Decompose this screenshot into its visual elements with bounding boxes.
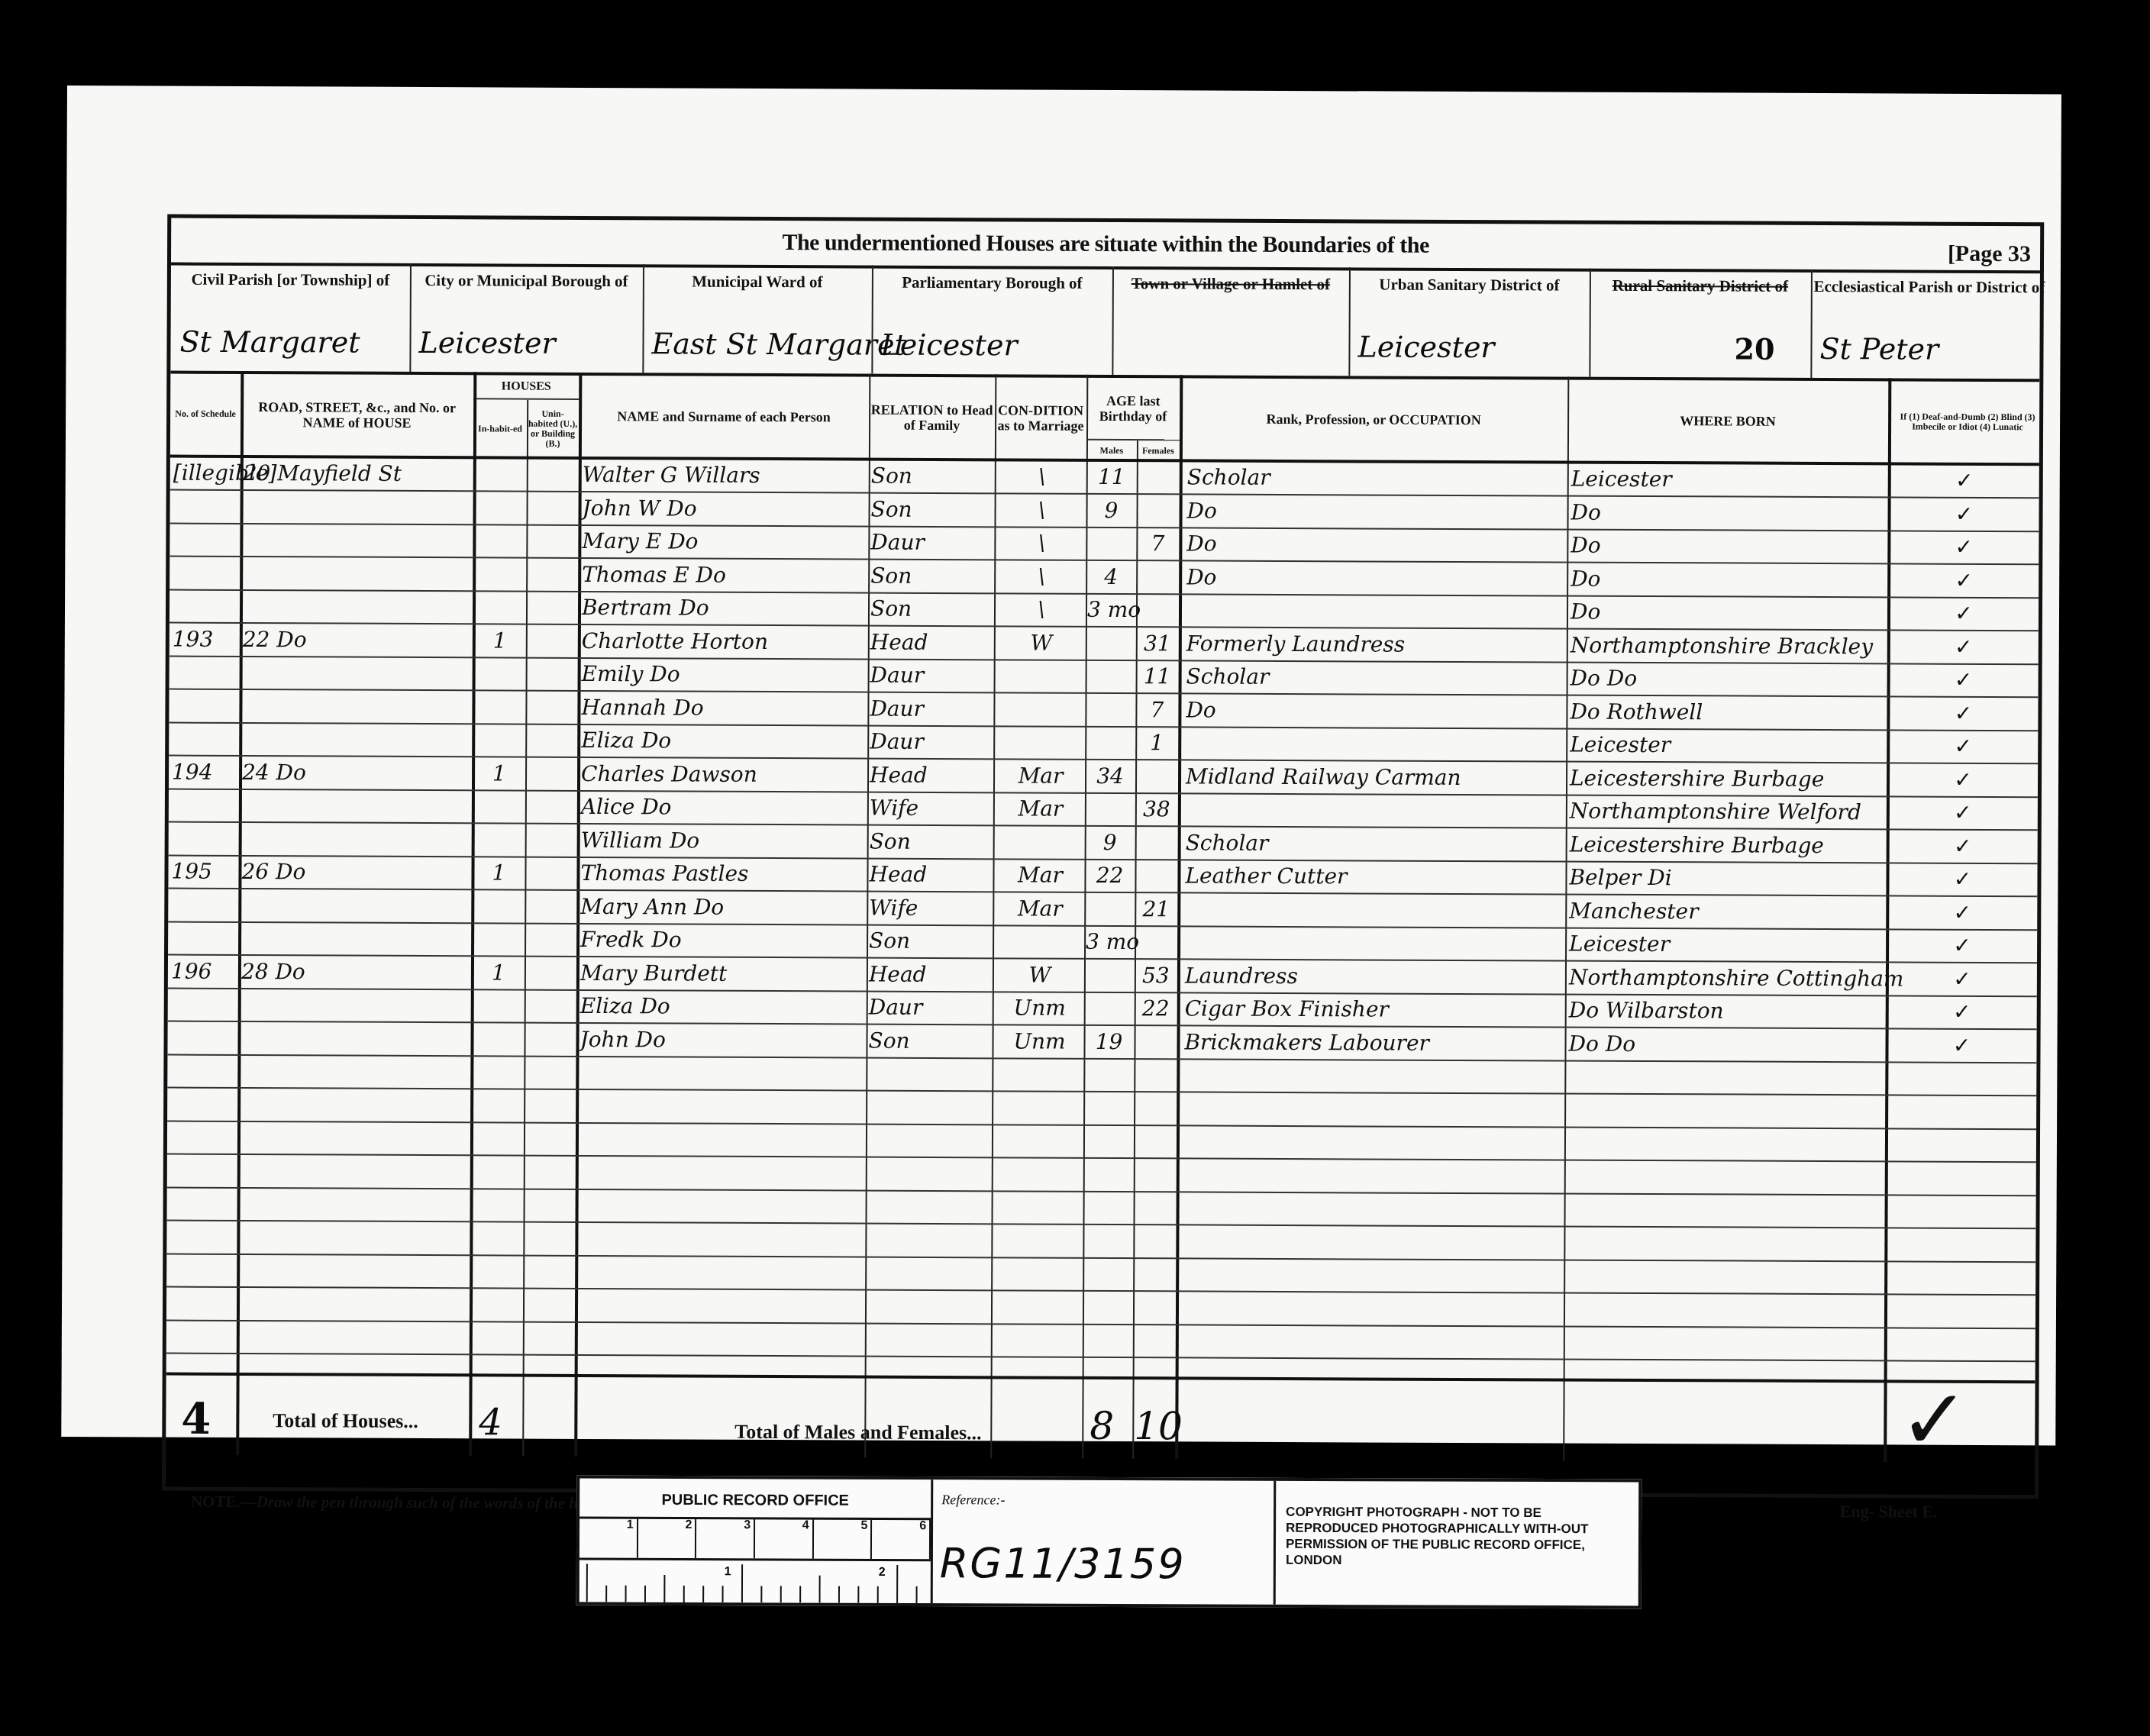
cell-occupation — [1185, 925, 1567, 960]
boundary-value: Leicester — [418, 326, 555, 360]
cell-relation: Wife — [870, 792, 992, 825]
cell-male-age — [1087, 660, 1135, 692]
cell-road — [241, 1021, 470, 1055]
cell-name: John W Do — [582, 491, 864, 525]
cell-infirmity: ✓ — [1886, 862, 2039, 895]
cell-condition: Unm — [995, 1024, 1083, 1058]
cell-relation: Head — [870, 625, 993, 659]
cell-road — [241, 889, 470, 922]
cell-occupation: Do — [1186, 560, 1568, 595]
cell-schedule — [172, 689, 237, 721]
cell-female-age: 7 — [1138, 527, 1177, 560]
cell-infirmity: ✓ — [1887, 696, 2039, 730]
cell-male-age — [1087, 626, 1135, 659]
cell-condition: W — [997, 626, 1086, 660]
cell-condition — [996, 825, 1085, 859]
form-title: The undermentioned Houses are situate wi… — [171, 227, 2040, 262]
sheet-label: Eng- Sheet E. — [1840, 1502, 1938, 1522]
cell-occupation — [1185, 892, 1567, 927]
cell-relation: Son — [869, 924, 991, 958]
cell-condition: Unm — [996, 991, 1084, 1024]
cell-relation: Daur — [869, 991, 991, 1024]
reference-value: RG11/3159 — [940, 1539, 1186, 1588]
cell-inhabited — [475, 557, 525, 590]
cell-road — [242, 822, 471, 856]
svg-text:1: 1 — [725, 1565, 731, 1578]
divider — [1348, 267, 1351, 376]
column-header-females: Females — [1137, 444, 1180, 457]
cell-condition: \ — [997, 592, 1086, 626]
cell-where-born: Do Rothwell — [1570, 695, 1883, 729]
column-headers: No. of ScheduleROAD, STREET, &c., and No… — [171, 218, 2040, 227]
cell-name: Charlotte Horton — [582, 624, 864, 658]
cell-where-born: Belper Di — [1569, 861, 1882, 895]
total-schedules: 4 — [181, 1394, 211, 1444]
cell-schedule — [173, 523, 238, 556]
cell-name: Mary E Do — [582, 524, 864, 559]
cell-female-age: 21 — [1136, 892, 1176, 925]
cell-schedule — [170, 1021, 236, 1054]
cell-female-age: 31 — [1138, 627, 1177, 660]
cell-name: Walter G Willars — [583, 458, 865, 492]
cell-relation: Son — [871, 460, 993, 493]
column-header-age: AGE last Birthday of — [1086, 379, 1180, 439]
boundary-heading: City or Municipal Borough of — [410, 271, 643, 290]
cell-condition: \ — [997, 560, 1086, 593]
cell-road — [243, 523, 472, 557]
column-header-road: ROAD, STREET, &c., and No. or NAME of HO… — [241, 375, 473, 454]
total-houses: 4 — [479, 1401, 502, 1444]
cell-where-born: Leicester — [1571, 463, 1884, 497]
cell-female-age — [1138, 460, 1178, 493]
cell-condition: Mar — [996, 792, 1085, 825]
column-header-uninhabited: Unin-habited (U.), or Building (B.) — [527, 403, 579, 455]
total-houses-label: Total of Houses... — [273, 1409, 418, 1433]
cell-occupation: Do — [1186, 527, 1568, 561]
cell-road — [243, 656, 472, 689]
cell-occupation — [1186, 792, 1567, 827]
column-header-relation: RELATION to Head of Family — [869, 378, 995, 457]
cell-occupation: Do — [1186, 494, 1568, 528]
cell-where-born: Northamptonshire Welford — [1570, 795, 1883, 829]
cell-name: Bertram Do — [582, 591, 864, 625]
cell-relation: Daur — [870, 725, 992, 759]
cell-where-born: Do — [1571, 529, 1884, 563]
cell-male-age: 19 — [1085, 1024, 1132, 1057]
ruler-cm-mark: 5 — [814, 1519, 873, 1559]
cell-occupation: Brickmakers Labourer — [1184, 1025, 1566, 1060]
cell-male-age — [1086, 892, 1133, 924]
cell-road — [242, 722, 471, 756]
cell-inhabited — [476, 457, 526, 490]
cell-occupation: Formerly Laundress — [1186, 627, 1568, 661]
cell-male-age — [1086, 958, 1133, 991]
cell-inhabited: 1 — [475, 624, 525, 657]
boundary-value: Leicester — [1357, 330, 1494, 364]
cell-infirmity: ✓ — [1888, 463, 2041, 497]
cell-where-born: Leicester — [1570, 728, 1883, 763]
cell-road — [244, 490, 473, 524]
pro-ruler-panel: PUBLIC RECORD OFFICE 123456 1 2 — [579, 1479, 934, 1604]
cell-condition: Mar — [996, 759, 1085, 792]
cell-occupation: Midland Railway Carman — [1186, 760, 1567, 794]
cell-infirmity: ✓ — [1887, 563, 2040, 597]
boundary-heading: Parliamentary Borough of — [872, 273, 1112, 292]
cell-occupation: Cigar Box Finisher — [1185, 992, 1567, 1026]
cell-where-born: Leicestershire Burbage — [1570, 761, 1883, 795]
cell-condition: \ — [997, 493, 1086, 527]
cell-where-born: Leicester — [1569, 928, 1882, 962]
cell-female-age — [1135, 1025, 1175, 1058]
svg-text:2: 2 — [879, 1566, 886, 1579]
cell-inhabited — [474, 690, 525, 723]
boundary-heading: Rural Sanitary District of — [1590, 276, 1811, 295]
boundary-value: Leicester — [880, 328, 1017, 363]
cell-schedule — [172, 722, 237, 755]
page-number: [Page 33 — [1948, 241, 2031, 267]
cell-female-age — [1138, 593, 1177, 626]
cell-inhabited — [474, 789, 525, 822]
column-header-houses: HOUSES — [473, 374, 579, 398]
cell-female-age — [1136, 925, 1176, 958]
cell-male-age — [1086, 992, 1133, 1024]
cell-inhabited — [474, 723, 525, 756]
cell-inhabited — [475, 524, 525, 557]
boundary-heading: Civil Parish [or Township] of — [171, 270, 410, 289]
empty-row — [166, 1320, 2035, 1363]
ruler-cm-mark: 4 — [755, 1518, 814, 1558]
cell-inhabited: 1 — [473, 956, 524, 989]
cell-male-age: 3 mo — [1087, 593, 1135, 626]
cell-condition — [996, 692, 1085, 726]
cell-infirmity: ✓ — [1887, 829, 2039, 863]
cell-occupation: Scholar — [1186, 826, 1567, 860]
cell-schedule: 193 — [173, 622, 238, 655]
cell-schedule — [172, 789, 237, 821]
census-page: The undermentioned Houses are situate wi… — [61, 86, 2061, 1445]
cell-infirmity: ✓ — [1886, 962, 2039, 995]
cell-infirmity: ✓ — [1886, 928, 2039, 962]
cell-relation: Head — [869, 957, 991, 991]
cell-male-age — [1086, 792, 1134, 825]
cell-schedule — [172, 821, 237, 854]
pro-label: PUBLIC RECORD OFFICE 123456 1 2 Referenc… — [576, 1476, 1642, 1609]
cell-relation: Daur — [870, 526, 993, 560]
cell-name: John Do — [579, 1022, 862, 1057]
cell-road — [241, 988, 470, 1021]
cell-road: 22 Do — [243, 623, 472, 657]
census-form: The undermentioned Houses are situate wi… — [162, 215, 2044, 1499]
cell-where-born: Do — [1571, 495, 1884, 530]
cell-female-age — [1138, 560, 1177, 593]
cell-schedule: [illegible] — [173, 457, 239, 489]
column-header-inhabited: In-habit-ed — [473, 402, 527, 454]
cell-name: Charles Dawson — [581, 757, 864, 791]
cell-schedule: 196 — [171, 954, 237, 987]
cell-inhabited — [475, 590, 525, 623]
cell-schedule: 194 — [172, 755, 237, 788]
divider — [473, 398, 579, 400]
cell-name: Thomas E Do — [582, 557, 864, 592]
cell-male-age — [1086, 692, 1134, 725]
cell-where-born: Northamptonshire Brackley — [1571, 628, 1884, 663]
ruler-cm-mark: 6 — [872, 1519, 931, 1559]
column-header-name: NAME and Surname of each Person — [579, 376, 869, 457]
ruler-cm: 123456 — [579, 1518, 931, 1562]
cell-infirmity: ✓ — [1887, 630, 2040, 663]
cell-road — [242, 789, 471, 822]
checkmark-icon: ✓ — [1899, 1370, 1970, 1468]
cell-female-age — [1137, 826, 1177, 859]
cell-male-age: 3 mo — [1086, 925, 1133, 958]
cell-name: William Do — [581, 823, 864, 857]
ruler-ticks-icon: 1 2 — [579, 1560, 928, 1604]
ruler-cm-mark: 3 — [696, 1518, 755, 1558]
cell-schedule — [171, 888, 237, 921]
cell-inhabited — [476, 491, 526, 524]
cell-inhabited: 1 — [473, 856, 524, 889]
cell-condition — [996, 924, 1084, 958]
cell-road — [242, 689, 471, 723]
boundary-heading: Urban Sanitary District of — [1349, 275, 1590, 294]
cell-infirmity: ✓ — [1887, 497, 2040, 531]
cell-female-age — [1138, 494, 1177, 527]
boundary-value: St Margaret — [179, 325, 360, 360]
cell-condition: Mar — [996, 858, 1084, 892]
cell-relation: Son — [870, 592, 993, 626]
cell-relation: Daur — [870, 692, 992, 725]
cell-schedule — [173, 556, 238, 589]
cell-inhabited: 1 — [474, 757, 525, 789]
cell-female-age: 11 — [1138, 660, 1177, 692]
cell-infirmity: ✓ — [1887, 596, 2040, 630]
cell-name: Emily Do — [582, 657, 864, 692]
cell-condition: \ — [997, 526, 1086, 560]
cell-where-born: Do Wilbarston — [1569, 994, 1882, 1028]
cell-male-age — [1087, 527, 1135, 560]
cell-name: Eliza Do — [581, 724, 864, 758]
cell-where-born: Do — [1571, 595, 1884, 630]
totals-divider — [166, 1373, 2035, 1384]
column-header-condition: CON-DITION as to Marriage — [995, 378, 1086, 457]
cell-road — [241, 921, 470, 955]
cell-name: Eliza Do — [580, 989, 863, 1024]
cell-female-age: 7 — [1137, 693, 1177, 726]
cell-name: Mary Burdett — [580, 956, 863, 990]
cell-relation: Head — [869, 858, 991, 892]
cell-where-born: Leicestershire Burbage — [1570, 828, 1883, 862]
cell-road — [243, 589, 472, 623]
column-header-schedule: No. of Schedule — [170, 375, 241, 453]
cell-relation: Daur — [870, 659, 993, 692]
boundary-headers: Civil Parish [or Township] ofSt Margaret… — [171, 218, 2040, 227]
cell-inhabited — [473, 922, 524, 955]
divider — [642, 264, 644, 373]
cell-female-age: 22 — [1136, 992, 1176, 1024]
cell-male-age: 9 — [1086, 825, 1134, 858]
cell-where-born: Do Do — [1571, 662, 1884, 696]
cell-schedule — [173, 656, 238, 689]
cell-road: 26 Do — [241, 855, 470, 889]
divider — [1086, 439, 1180, 441]
pro-title: PUBLIC RECORD OFFICE — [579, 1486, 931, 1521]
cell-male-age: 34 — [1086, 759, 1134, 792]
cell-female-age: 1 — [1137, 726, 1177, 759]
cell-occupation: Laundress — [1185, 959, 1567, 993]
cell-name: Mary Ann Do — [580, 889, 863, 924]
cell-infirmity: ✓ — [1887, 795, 2039, 829]
column-header-where-born: WHERE BORN — [1567, 381, 1888, 461]
cell-female-age: 53 — [1136, 959, 1176, 992]
cell-schedule — [173, 589, 238, 622]
ruler-cm-mark: 2 — [638, 1518, 697, 1558]
cell-occupation: Do — [1186, 693, 1567, 728]
cell-inhabited — [475, 657, 525, 689]
copyright-notice: COPYRIGHT PHOTOGRAPH - NOT TO BE REPRODU… — [1286, 1504, 1622, 1570]
cell-name: Alice Do — [581, 790, 864, 824]
divider — [409, 263, 412, 372]
cell-condition — [997, 659, 1086, 692]
cell-male-age: 22 — [1086, 859, 1133, 892]
cell-occupation — [1186, 726, 1567, 760]
cell-female-age: 38 — [1137, 792, 1177, 825]
cell-name: Thomas Pastles — [580, 857, 863, 891]
cell-occupation — [1186, 593, 1568, 628]
cell-schedule: 195 — [171, 855, 237, 888]
cell-infirmity: ✓ — [1885, 1028, 2038, 1062]
boundary-heading: Ecclesiastical Parish or District of — [1811, 277, 2048, 296]
cell-schedule — [171, 921, 237, 954]
divider — [1810, 269, 1813, 378]
cell-condition: Mar — [996, 892, 1084, 925]
total-persons-label: Total of Males and Females... — [734, 1421, 981, 1444]
cell-occupation: Scholar — [1186, 660, 1568, 694]
cell-relation: Son — [870, 559, 993, 592]
total-males: 8 — [1090, 1404, 1114, 1448]
cell-where-born: Do Do — [1568, 1027, 1881, 1061]
cell-inhabited — [473, 989, 524, 1021]
cell-infirmity: ✓ — [1887, 763, 2039, 796]
boundary-heading: Town or Village or Hamlet of — [1112, 274, 1349, 293]
cell-infirmity: ✓ — [1887, 663, 2040, 696]
cell-infirmity: ✓ — [1886, 895, 2039, 929]
cell-where-born: Do — [1571, 562, 1884, 596]
column-header-infirmity: If (1) Deaf-and-Dumb (2) Blind (3) Imbec… — [1888, 382, 2047, 461]
cell-male-age — [1086, 726, 1134, 759]
ruler-inch: 1 2 — [579, 1560, 931, 1604]
cell-relation: Son — [870, 824, 992, 858]
pro-reference: Reference:- RG11/3159 — [934, 1479, 1277, 1605]
cell-name: Fredk Do — [580, 923, 863, 957]
cell-schedule — [173, 489, 239, 522]
cell-infirmity: ✓ — [1887, 530, 2040, 563]
total-females: 10 — [1134, 1404, 1183, 1448]
cell-relation: Son — [868, 1024, 990, 1057]
cell-condition: W — [996, 958, 1084, 992]
boundary-value: 20 — [1734, 332, 1774, 366]
cell-road: 28 Do — [241, 955, 470, 989]
cell-road — [243, 557, 472, 590]
cell-male-age: 4 — [1087, 560, 1135, 592]
cell-where-born: Manchester — [1569, 894, 1882, 928]
column-header-occupation: Rank, Profession, or OCCUPATION — [1180, 379, 1567, 459]
boundary-heading: Municipal Ward of — [643, 272, 872, 291]
cell-infirmity: ✓ — [1886, 995, 2039, 1028]
divider — [1589, 269, 1591, 377]
cell-relation: Head — [870, 758, 992, 792]
cell-schedule — [171, 988, 237, 1021]
cell-condition — [996, 725, 1085, 759]
cell-male-age: 9 — [1087, 493, 1135, 526]
boundary-value: East St Margaret — [651, 327, 906, 361]
column-header-males: Males — [1086, 444, 1137, 457]
cell-female-age — [1137, 760, 1177, 792]
divider — [1112, 266, 1114, 375]
column-rules — [171, 218, 2040, 227]
boundary-value: St Peter — [1819, 332, 1939, 366]
cell-inhabited — [473, 1022, 523, 1055]
cell-name: Hannah Do — [581, 690, 864, 724]
cell-inhabited — [473, 889, 524, 922]
cell-relation: Son — [870, 492, 993, 526]
cell-road: 24 Do — [242, 756, 471, 789]
ruler-cm-mark: 1 — [579, 1518, 638, 1558]
cell-road: 20 Mayfield St — [244, 457, 473, 490]
cell-relation: Wife — [869, 891, 991, 924]
cell-female-age — [1136, 859, 1176, 892]
cell-where-born: Northamptonshire Cottingham — [1569, 960, 1882, 995]
cell-inhabited — [474, 823, 525, 856]
cell-occupation: Leather Cutter — [1185, 859, 1567, 893]
cell-male-age: 11 — [1088, 460, 1135, 493]
cell-condition: \ — [998, 460, 1086, 493]
cell-occupation: Scholar — [1187, 460, 1569, 495]
cell-infirmity: ✓ — [1887, 729, 2039, 763]
